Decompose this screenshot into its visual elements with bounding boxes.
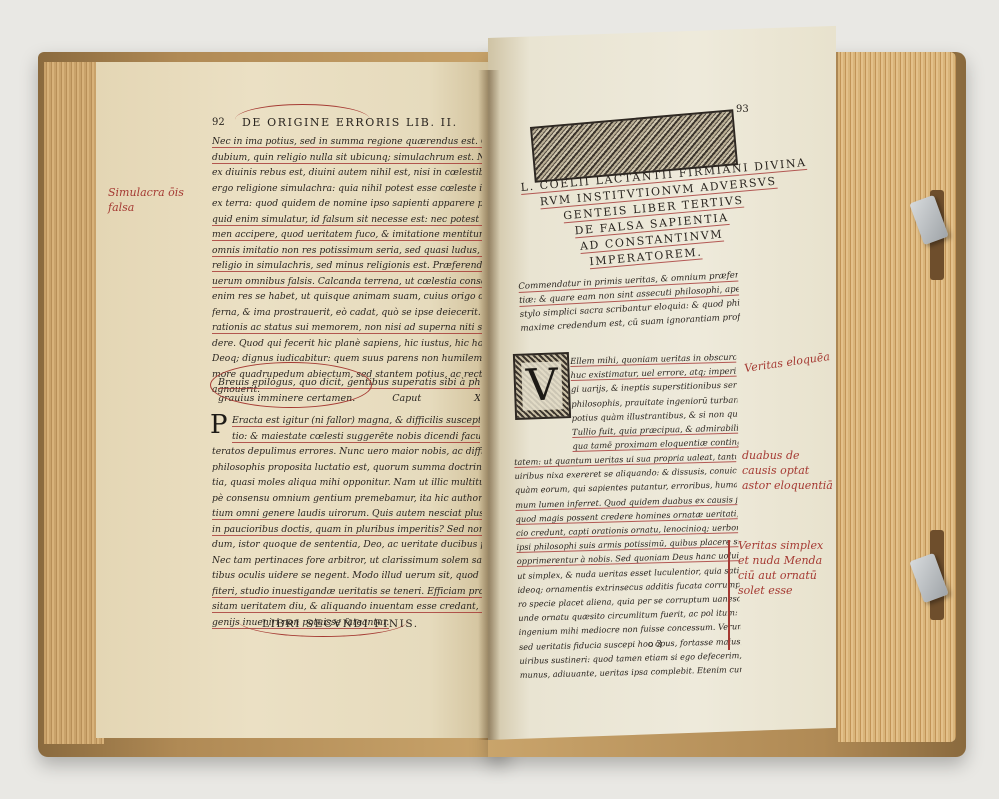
right-page-edges (838, 52, 956, 742)
right-page-number: 93 (736, 104, 749, 115)
left-margin-annotation: Simulacra ōis falsa (108, 185, 184, 215)
annotation-loop-head (235, 104, 370, 135)
annotation-loop-chapter (210, 362, 372, 408)
right-margin-annotation-3: Veritas simplex et nuda Menda ciū aut or… (738, 538, 823, 598)
chapter-text-start: Eracta est igitur (ni fallor) magna, & d… (232, 413, 480, 444)
annotation-loop-colophon (238, 604, 408, 637)
left-body-text: Nec in ima potius, sed in summa regione … (212, 134, 482, 398)
right-margin-annotation-2: duabus de causis optat astor eloquentiā (742, 448, 833, 493)
book-photo: 92 DE ORIGINE ERRORIS LIB. II. Nec in im… (0, 0, 999, 799)
decorated-initial-v: V (513, 352, 571, 420)
chapter-summary: Commendatur in primis ueritas, & omnium … (518, 268, 741, 335)
left-page-number: 92 (212, 117, 225, 128)
signature-mark: o 3 (648, 640, 662, 650)
right-body-text: tatem: ut quantum ueritas ui sua propria… (514, 449, 742, 682)
right-body-text-indented: Ellem mihi, quoniam ueritas in obscuro l… (570, 350, 739, 454)
margin-bracket-line (728, 540, 730, 650)
dropcap: P (210, 410, 228, 440)
chapter-text: teratos depulimus errores. Nunc uero mai… (212, 444, 482, 630)
left-page-edges (44, 62, 104, 744)
